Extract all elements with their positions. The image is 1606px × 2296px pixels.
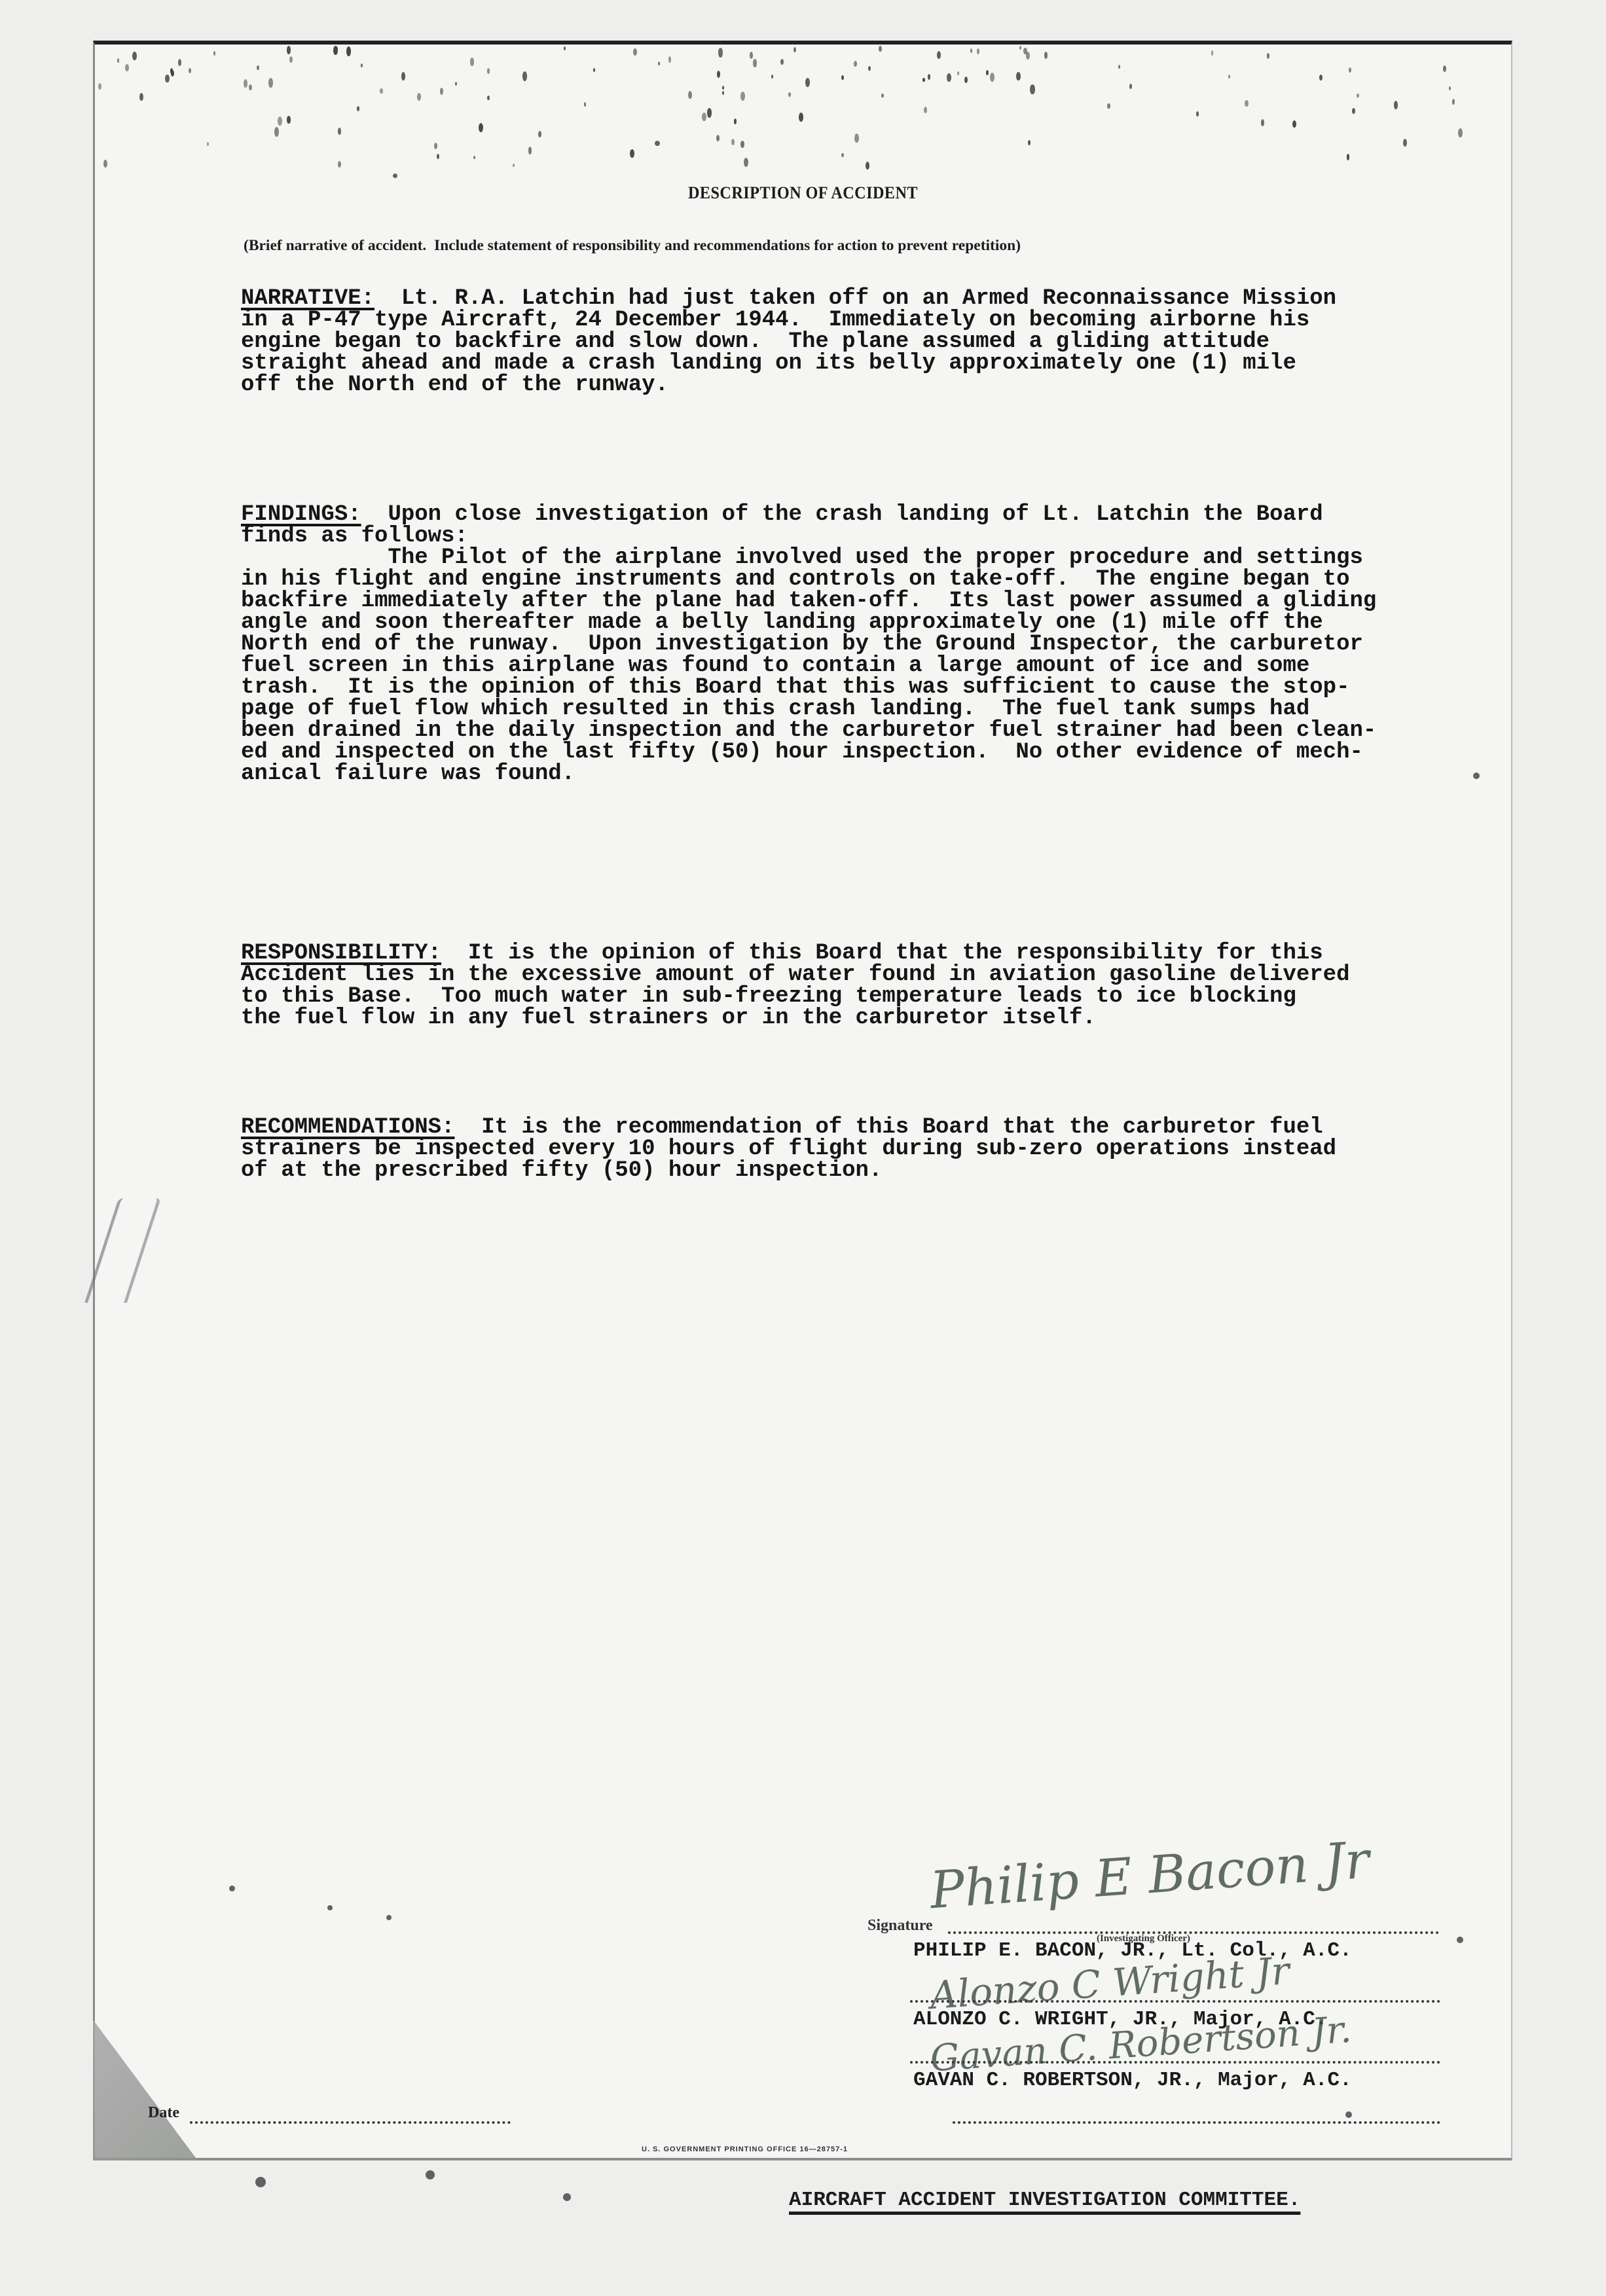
speck xyxy=(584,102,586,106)
speck xyxy=(1245,100,1248,107)
speck xyxy=(1357,94,1359,98)
speck xyxy=(327,1905,333,1910)
signature-line xyxy=(910,2061,1440,2064)
date-label: Date xyxy=(148,2104,179,2122)
speck xyxy=(854,61,856,67)
speck xyxy=(426,2170,435,2179)
speck xyxy=(361,64,363,67)
speck xyxy=(658,62,660,65)
speck xyxy=(734,118,737,124)
speck xyxy=(470,58,474,66)
speck xyxy=(744,158,748,167)
speck xyxy=(881,94,883,98)
speck xyxy=(702,113,706,121)
speck xyxy=(1443,65,1446,72)
speck xyxy=(1452,99,1455,105)
section-narrative: NARRATIVE: Lt. R.A. Latchin had just tak… xyxy=(241,288,1336,396)
speck xyxy=(854,134,859,143)
speck xyxy=(513,164,515,168)
speck xyxy=(1292,120,1296,128)
speck xyxy=(1030,84,1034,94)
speck xyxy=(528,147,532,154)
speck xyxy=(287,46,291,54)
speck xyxy=(866,162,869,170)
speck xyxy=(630,149,634,158)
speck xyxy=(274,127,279,136)
speck xyxy=(1028,140,1031,145)
speck xyxy=(947,73,951,82)
speck xyxy=(868,66,871,71)
speck xyxy=(1352,108,1355,114)
speck xyxy=(487,68,490,74)
speck xyxy=(538,131,541,137)
speck xyxy=(1449,86,1451,90)
section-responsibility: RESPONSIBILITY: It is the opinion of thi… xyxy=(241,943,1349,1029)
speck xyxy=(668,56,672,62)
speck xyxy=(229,1886,235,1891)
speck xyxy=(1196,111,1199,117)
speck xyxy=(722,86,724,90)
speck xyxy=(1107,103,1110,109)
speck xyxy=(1349,67,1351,73)
speck xyxy=(841,75,843,80)
speck xyxy=(937,51,941,59)
speck xyxy=(1319,75,1323,81)
speck xyxy=(165,75,169,82)
speck xyxy=(841,153,843,157)
speck xyxy=(386,1915,392,1920)
speck xyxy=(564,46,566,50)
speck xyxy=(990,73,995,82)
speck xyxy=(393,173,397,178)
speck xyxy=(170,68,173,74)
signature-line xyxy=(910,2000,1440,2003)
speck xyxy=(986,70,989,76)
signature-line xyxy=(953,2121,1440,2124)
speck xyxy=(718,48,723,58)
printer-imprint: U. S. GOVERNMENT PRINTING OFFICE 16—2875… xyxy=(642,2145,848,2153)
speck xyxy=(132,52,136,60)
speck xyxy=(1473,773,1480,779)
committee-member-name: GAVAN C. ROBERTSON, JR., Major, A.C. xyxy=(913,2069,1352,2092)
speck xyxy=(805,78,810,87)
speck xyxy=(287,116,291,123)
speck xyxy=(1026,52,1030,60)
speck xyxy=(771,75,773,79)
signature-line xyxy=(948,1931,1439,1934)
speck xyxy=(1016,72,1020,81)
speck xyxy=(1228,75,1230,79)
speck xyxy=(799,113,803,121)
speck xyxy=(278,117,282,126)
section-recommendations: RECOMMENDATIONS: It is the recommendatio… xyxy=(241,1117,1336,1182)
speck xyxy=(753,59,757,67)
committee-label: AIRCRAFT ACCIDENT INVESTIGATION COMMITTE… xyxy=(789,2189,1300,2212)
speck xyxy=(257,65,259,70)
speck xyxy=(268,78,273,88)
date-line xyxy=(190,2121,511,2124)
speck xyxy=(1394,101,1398,109)
speck xyxy=(750,52,753,58)
speck xyxy=(103,160,107,168)
speck xyxy=(1345,2111,1352,2118)
speck xyxy=(1019,46,1021,50)
speck xyxy=(722,91,724,95)
speck xyxy=(964,77,968,83)
document-instructions: (Brief narrative of accident. Include st… xyxy=(244,237,1021,255)
speck xyxy=(740,141,744,148)
section-findings: FINDINGS: Upon close investigation of th… xyxy=(241,504,1376,785)
speck xyxy=(879,46,881,52)
speck xyxy=(1211,50,1214,55)
speck xyxy=(655,141,660,146)
document-title: DESCRIPTION OF ACCIDENT xyxy=(56,183,1550,203)
speck xyxy=(189,68,191,73)
speck xyxy=(922,78,924,82)
speck xyxy=(633,48,636,56)
speck xyxy=(380,88,382,94)
signature-label: Signature xyxy=(867,1917,933,1935)
speck xyxy=(255,2177,266,2187)
speck xyxy=(1129,84,1132,89)
speck xyxy=(563,2193,571,2201)
speck xyxy=(487,96,489,100)
speck xyxy=(1457,1937,1463,1943)
speck xyxy=(716,135,720,141)
speck xyxy=(788,92,790,97)
speck xyxy=(401,72,405,80)
